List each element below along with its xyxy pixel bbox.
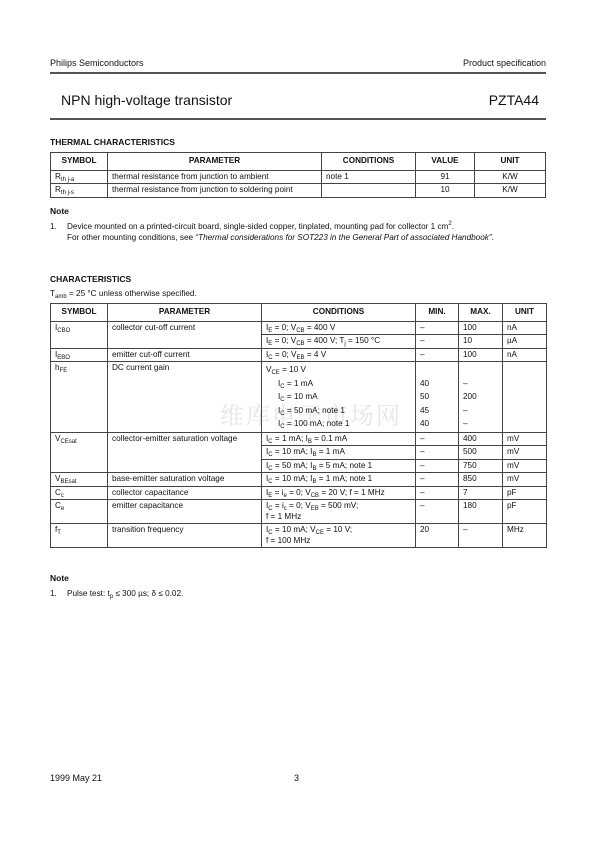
thermal-note-text: Device mounted on a printed-circuit boar… (67, 221, 527, 243)
column-header: PARAMETER (108, 153, 322, 171)
characteristics-note-number: 1. (50, 588, 57, 599)
note-text: For other mounting conditions, see (67, 233, 195, 242)
unit-cell: mV (503, 446, 547, 460)
unit-cell: K/W (475, 170, 546, 184)
thermal-heading: THERMAL CHARACTERISTICS (50, 137, 175, 147)
note-reference: “Thermal considerations for SOT223 in th… (195, 233, 491, 242)
conditions-cell: IC = 10 mA; IB = 1 mA; note 1 (262, 473, 416, 487)
table-row: VBEsatbase-emitter saturation voltageIC … (51, 473, 547, 487)
min-cell: – (416, 321, 459, 335)
value-cell: 91 (416, 170, 475, 184)
characteristics-subtitle: Tamb = 25 °C unless otherwise specified. (50, 288, 197, 299)
parameter-cell: collector capacitance (108, 486, 262, 500)
characteristics-note-text: Pulse test: tp ≤ 300 µs; δ ≤ 0.02. (67, 588, 183, 599)
unit-cell (503, 362, 547, 433)
parameter-cell: emitter capacitance (108, 500, 262, 524)
unit-cell: K/W (475, 184, 546, 198)
symbol-cell: IEBO (51, 348, 108, 362)
table-row: fTtransition frequencyIC = 10 mA; VCE = … (51, 524, 547, 548)
table-header-row: SYMBOL PARAMETER CONDITIONS MIN. MAX. UN… (51, 304, 547, 322)
document-type: Product specification (463, 58, 546, 68)
part-number: PZTA44 (489, 92, 539, 108)
unit-cell: mV (503, 459, 547, 473)
characteristics-table: SYMBOL PARAMETER CONDITIONS MIN. MAX. UN… (50, 303, 547, 548)
symbol-cell: VCEsat (51, 432, 108, 473)
min-cell: 20 (416, 524, 459, 548)
parameter-cell: collector cut-off current (108, 321, 262, 348)
conditions-cell: IC = 50 mA; IB = 5 mA; note 1 (262, 459, 416, 473)
note-text: . (492, 233, 494, 242)
conditions-cell: VCE = 10 VIC = 1 mAIC = 10 mAIC = 50 mA;… (262, 362, 416, 433)
symbol-cell: Cc (51, 486, 108, 500)
min-cell: – (416, 335, 459, 349)
subtitle-subscript: amb (55, 294, 67, 300)
min-cell: 40504540 (416, 362, 459, 433)
max-cell: –200–– (459, 362, 503, 433)
document-title: NPN high-voltage transistor (61, 92, 232, 108)
characteristics-note-title: Note (50, 573, 69, 583)
title-rule (50, 118, 546, 120)
min-cell: – (416, 432, 459, 446)
max-cell: 750 (459, 459, 503, 473)
parameter-cell: transition frequency (108, 524, 262, 548)
symbol-subscript: th j-s (61, 190, 74, 196)
max-cell: 500 (459, 446, 503, 460)
min-cell: – (416, 348, 459, 362)
table-header-row: SYMBOL PARAMETER CONDITIONS VALUE UNIT (51, 153, 546, 171)
conditions-cell: IC = 1 mA; IB = 0.1 mA (262, 432, 416, 446)
column-header: CONDITIONS (262, 304, 416, 322)
conditions-cell: IE = ie = 0; VCB = 20 V; f = 1 MHz (262, 486, 416, 500)
unit-cell: µA (503, 335, 547, 349)
max-cell: 7 (459, 486, 503, 500)
unit-cell: MHz (503, 524, 547, 548)
note-text: . (452, 222, 454, 231)
symbol-cell: Ce (51, 500, 108, 524)
unit-cell: nA (503, 321, 547, 335)
column-header: SYMBOL (51, 153, 108, 171)
min-cell: – (416, 446, 459, 460)
unit-cell: mV (503, 473, 547, 487)
conditions-cell (322, 184, 416, 198)
symbol-cell: fT (51, 524, 108, 548)
table-row: Ceemitter capacitanceIC = ic = 0; VEB = … (51, 500, 547, 524)
table-row: Cccollector capacitanceIE = ie = 0; VCB … (51, 486, 547, 500)
unit-cell: mV (503, 432, 547, 446)
table-row: hFEDC current gainVCE = 10 VIC = 1 mAIC … (51, 362, 547, 433)
max-cell: 100 (459, 348, 503, 362)
column-header: VALUE (416, 153, 475, 171)
conditions-cell: IE = 0; VCB = 400 V; Tj = 150 °C (262, 335, 416, 349)
note-text: Device mounted on a printed-circuit boar… (67, 222, 448, 231)
table-row: IEBOemitter cut-off currentIC = 0; VEB =… (51, 348, 547, 362)
min-cell: – (416, 486, 459, 500)
conditions-cell: note 1 (322, 170, 416, 184)
min-cell: – (416, 459, 459, 473)
max-cell: 100 (459, 321, 503, 335)
conditions-cell: IE = 0; VCB = 400 V (262, 321, 416, 335)
footer-date: 1999 May 21 (50, 773, 102, 783)
max-cell: 850 (459, 473, 503, 487)
company-name: Philips Semiconductors (50, 58, 144, 68)
parameter-cell: thermal resistance from junction to ambi… (108, 170, 322, 184)
table-row: VCEsatcollector-emitter saturation volta… (51, 432, 547, 446)
characteristics-heading: CHARACTERISTICS (50, 274, 131, 284)
symbol-cell: VBEsat (51, 473, 108, 487)
conditions-cell: IC = 0; VEB = 4 V (262, 348, 416, 362)
value-cell: 10 (416, 184, 475, 198)
parameter-cell: thermal resistance from junction to sold… (108, 184, 322, 198)
conditions-cell: IC = 10 mA; IB = 1 mA (262, 446, 416, 460)
parameter-cell: emitter cut-off current (108, 348, 262, 362)
max-cell: 180 (459, 500, 503, 524)
parameter-cell: base-emitter saturation voltage (108, 473, 262, 487)
unit-cell: pF (503, 486, 547, 500)
parameter-cell: DC current gain (108, 362, 262, 433)
max-cell: 10 (459, 335, 503, 349)
header-rule (50, 72, 546, 74)
thermal-note-number: 1. (50, 221, 57, 232)
conditions-cell: IC = ic = 0; VEB = 500 mV;f = 1 MHz (262, 500, 416, 524)
column-header: MAX. (459, 304, 503, 322)
thermal-note-title: Note (50, 206, 69, 216)
max-cell: – (459, 524, 503, 548)
min-cell: – (416, 500, 459, 524)
symbol-cell: hFE (51, 362, 108, 433)
column-header: MIN. (416, 304, 459, 322)
column-header: SYMBOL (51, 304, 108, 322)
thermal-table: SYMBOL PARAMETER CONDITIONS VALUE UNIT R… (50, 152, 546, 198)
symbol-cell: Rth j-a (51, 170, 108, 184)
unit-cell: nA (503, 348, 547, 362)
unit-cell: pF (503, 500, 547, 524)
max-cell: 400 (459, 432, 503, 446)
symbol-cell: ICBO (51, 321, 108, 348)
column-header: CONDITIONS (322, 153, 416, 171)
conditions-cell: IC = 10 mA; VCE = 10 V;f = 100 MHz (262, 524, 416, 548)
table-row: Rth j-s thermal resistance from junction… (51, 184, 546, 198)
subtitle-text: = 25 °C unless otherwise specified. (67, 289, 197, 298)
symbol-cell: Rth j-s (51, 184, 108, 198)
column-header: UNIT (503, 304, 547, 322)
min-cell: – (416, 473, 459, 487)
symbol-subscript: th j-a (61, 177, 74, 183)
table-row: Rth j-a thermal resistance from junction… (51, 170, 546, 184)
table-row: ICBOcollector cut-off currentIE = 0; VCB… (51, 321, 547, 335)
page-number: 3 (294, 773, 299, 783)
parameter-cell: collector-emitter saturation voltage (108, 432, 262, 473)
column-header: UNIT (475, 153, 546, 171)
column-header: PARAMETER (108, 304, 262, 322)
